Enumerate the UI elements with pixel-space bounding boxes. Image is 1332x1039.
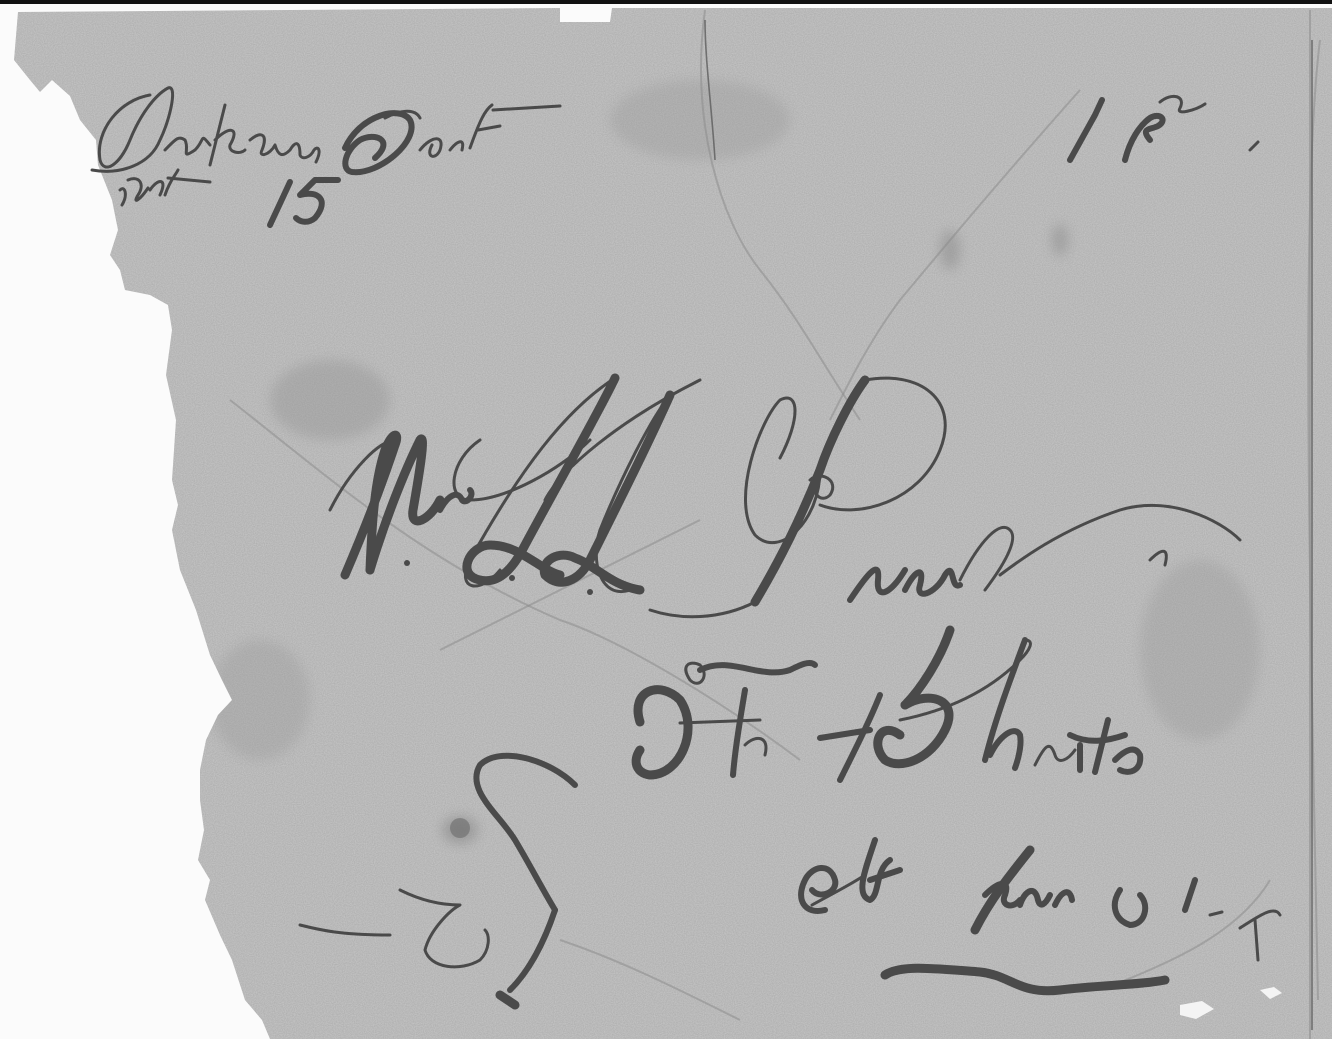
envelope-scan	[0, 0, 1332, 1039]
paper	[0, 0, 1332, 1039]
